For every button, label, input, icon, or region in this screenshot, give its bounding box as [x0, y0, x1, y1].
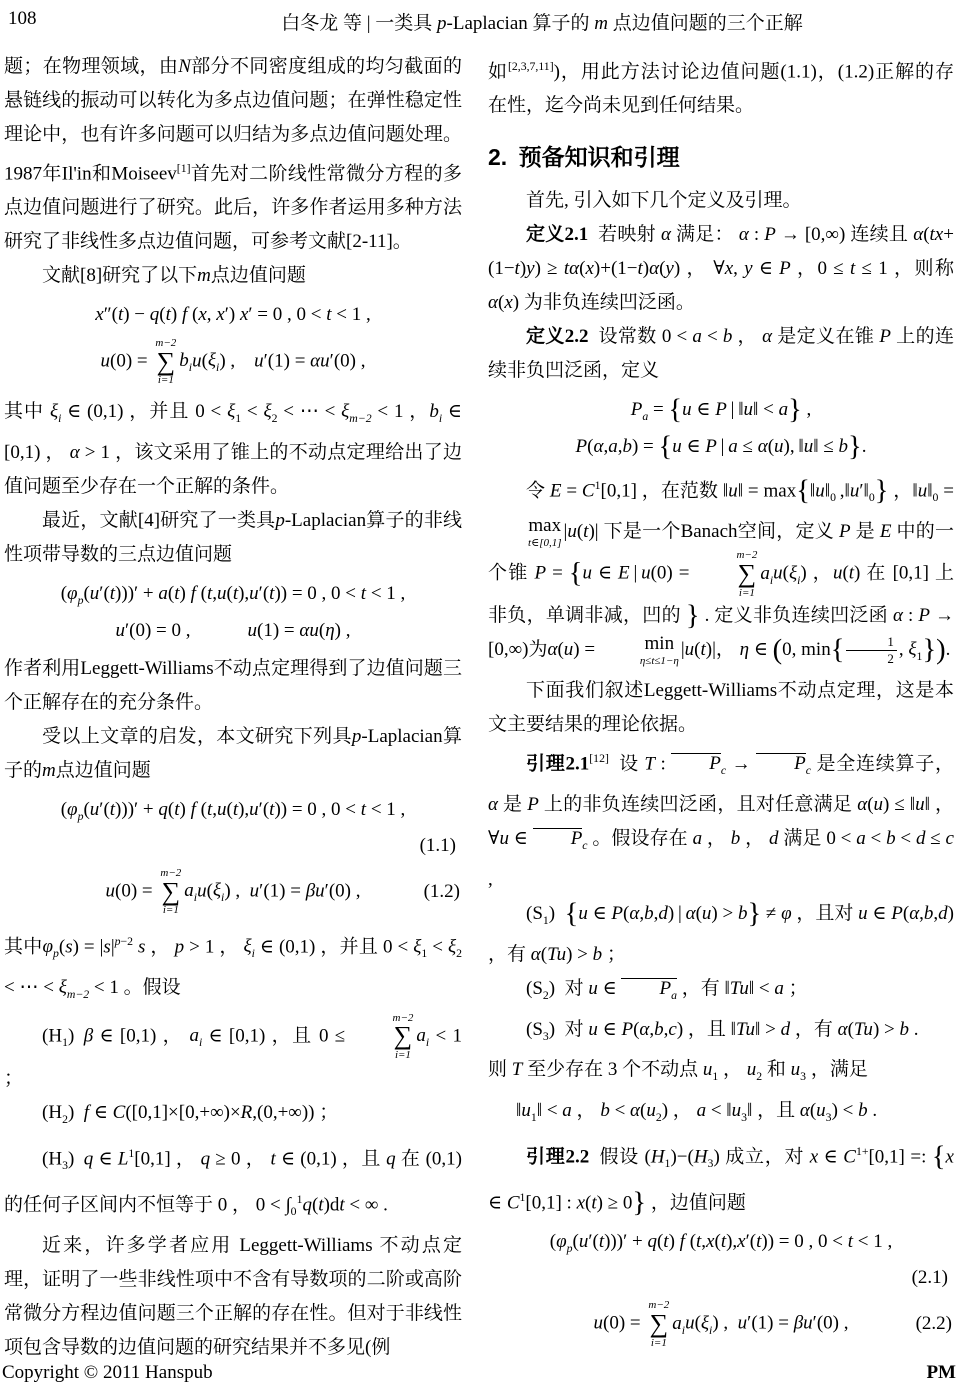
display-formula: x″(t) − q(t) f (x, x′) x′ = 0 , 0 < t < … [4, 301, 462, 329]
display-formula: u(0) = m−2∑i=1aiu(ξi) , u′(1) = βu′(0) ,… [488, 1299, 954, 1349]
paragraph: 下面我们叙述Leggett-Williams不动点定理，这是本文主要结果的理论依… [488, 674, 954, 742]
paragraph: 令 E = C1[0,1] ，在范数 ‖u‖ = max{‖u‖0 ,‖u′‖0… [488, 469, 954, 674]
paragraph: 最近，文献[4]研究了一类具p-Laplacian算子的非线性项带导数的三点边值… [4, 504, 462, 572]
equation-number: (1.2) [424, 878, 460, 906]
paragraph: 题；在物理领域，由N部分不同密度组成的均匀截面的悬链线的振动可以转化为多点边值问… [4, 50, 462, 259]
page-number: 108 [8, 8, 37, 30]
two-column-body: 题；在物理领域，由N部分不同密度组成的均匀截面的悬链线的振动可以转化为多点边值问… [0, 46, 964, 1365]
display-formula: u(0) = m−2∑i=1biu(ξi) , u′(1) = αu′(0) , [4, 337, 462, 387]
display-formula: ‖u1‖ < a ， b < α(u2) ， a < ‖u3‖ ，且 α(u3)… [488, 1094, 954, 1135]
display-formula: u(0) = m−2∑i=1aiu(ξi) , u′(1) = βu′(0) ,… [4, 867, 462, 917]
paragraph: 引理2.1[12] 设 T : Pc → Pc 是全连续算子， α 是 P 上的… [488, 742, 954, 897]
display-formula: (φp(u′(t)))′ + q(t) f (t,x(t),x′(t)) = 0… [488, 1228, 954, 1257]
paragraph: (H2) f ∈ C([0,1]×[0,+∞)×R,(0,+∞)) ； [4, 1096, 462, 1137]
paragraph: 其中φp(s) = |s|p−2 s ， p > 1 ， ξi ∈ (0,1) … [4, 925, 462, 1012]
paragraph: 定义2.1 若映射 α 满足： α : P → [0,∞) 连续且 α(tx+(… [488, 218, 954, 320]
paragraph: (S1) {u ∈ P(α,b,d) | α(u) > b} ≠ φ ，且对 u… [488, 897, 954, 972]
page-footer: Copyright © 2011 Hanspub PM [0, 1360, 964, 1384]
equation-number: (1.1) [4, 835, 456, 857]
paragraph: 则 T 至少存在 3 个不动点 u1 ， u2 和 u3 ，满足 [488, 1053, 954, 1094]
paragraph: (S3) 对 u ∈ P(α,b,c) ，且 ‖Tu‖ > d ，有 α(Tu)… [488, 1013, 954, 1054]
paragraph: (H3) q ∈ L1[0,1] ， q ≥ 0 ， t ∈ (0,1) ，且 … [4, 1137, 462, 1229]
display-formula: (φp(u′(t)))′ + a(t) f (t,u(t),u′(t)) = 0… [4, 580, 462, 609]
paragraph: 文献[8]研究了以下m点边值问题 [4, 259, 462, 293]
page-header: 108 白冬龙 等 | 一类具 p-Laplacian 算子的 m 点边值问题的… [0, 0, 964, 46]
running-title: 白冬龙 等 | 一类具 p-Laplacian 算子的 m 点边值问题的三个正解 [0, 8, 964, 35]
section-heading: 2. 预备知识和引理 [488, 139, 954, 172]
display-formula: P(α,a,b) = {u ∈ P | a ≤ α(u), ‖u‖ ≤ b}. [488, 433, 954, 461]
copyright-text: Copyright © 2011 Hanspub [2, 1362, 213, 1384]
paragraph: 近来，许多学者应用 Leggett-Williams 不动点定理，证明了一些非线… [4, 1229, 462, 1365]
paragraph: 引理2.2 假设 (H1)−(H3) 成立，对 x ∈ C1+[0,1] =: … [488, 1135, 954, 1220]
paragraph: 定义2.2 设常数 0 < a < b ， α 是定义在锥 P 上的连续非负凹泛… [488, 320, 954, 388]
paragraph: 其中 ξi ∈ (0,1) ，并且 0 < ξ1 < ξ2 < ⋯ < ξm−2… [4, 395, 462, 504]
journal-mark: PM [926, 1362, 956, 1384]
paragraph: (H1) β ∈ [0,1) ， ai ∈ [0,1) ，且 0 ≤ m−2∑i… [4, 1012, 462, 1096]
paragraph: 受以上文章的启发，本文研究下列具p-Laplacian算子的m点边值问题 [4, 720, 462, 788]
display-formula: Pa = {u ∈ P | ‖u‖ < a} , [488, 396, 954, 425]
equation-number: (2.1) [488, 1267, 948, 1289]
display-formula: u′(0) = 0 , u(1) = αu(η) , [4, 617, 462, 645]
paragraph: 如[2,3,7,11])，用此方法讨论边值问题(1.1)，(1.2)正解的存在性… [488, 50, 954, 123]
paragraph: (S2) 对 u ∈ Pa ，有 ‖Tu‖ < a ； [488, 972, 954, 1013]
paragraph: 作者利用Leggett-Williams不动点定理得到了边值问题三个正解存在的充… [4, 652, 462, 720]
paragraph: 首先, 引入如下几个定义及引理。 [488, 184, 954, 218]
paper-page: 108 白冬龙 等 | 一类具 p-Laplacian 算子的 m 点边值问题的… [0, 0, 964, 1386]
display-formula: (φp(u′(t)))′ + q(t) f (t,u(t),u′(t)) = 0… [4, 796, 462, 825]
column-right: 如[2,3,7,11])，用此方法讨论边值问题(1.1)，(1.2)正解的存在性… [488, 50, 954, 1365]
equation-number: (2.2) [916, 1310, 952, 1338]
column-left: 题；在物理领域，由N部分不同密度组成的均匀截面的悬链线的振动可以转化为多点边值问… [4, 50, 462, 1365]
